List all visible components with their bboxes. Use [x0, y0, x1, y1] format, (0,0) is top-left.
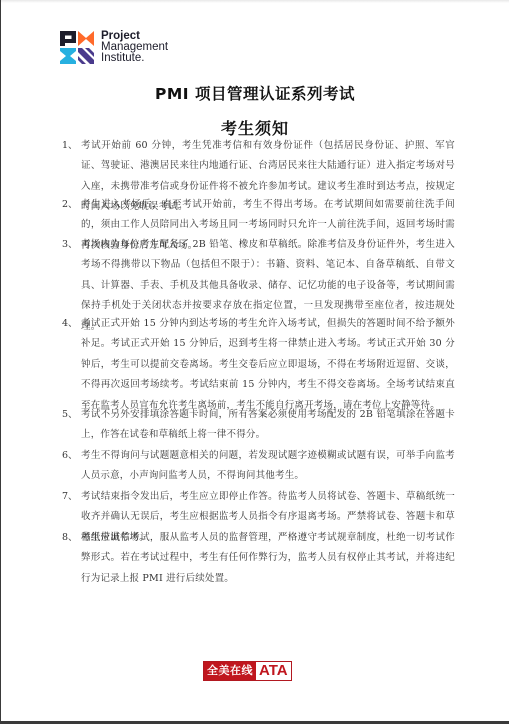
- ata-partner-logo: 全美在线 ATA: [203, 661, 292, 681]
- logo-line-institute: Institute.: [101, 53, 168, 64]
- rule-text: 考试正式开始 15 分钟内到达考场的考生允许入场考试，但损失的答题时间不给予额外…: [81, 314, 455, 416]
- pmi-logo-text: Project Management Institute.: [101, 31, 168, 64]
- rule-number: 2、: [62, 195, 78, 215]
- rule-number: 1、: [62, 136, 78, 156]
- logo-line-project: Project: [101, 31, 168, 42]
- rule-text: 考生应诚信考试，服从监考人员的监督管理，严格遵守考试规章制度，杜绝一切考试作弊形…: [81, 528, 455, 589]
- pmi-logo-icon: [59, 28, 97, 66]
- logo-line-management: Management: [101, 42, 168, 53]
- rule-number: 5、: [62, 405, 78, 425]
- rule-number: 8、: [62, 528, 78, 548]
- ata-logo-chinese: 全美在线: [204, 662, 256, 680]
- rule-item-6: 6、 考生不得询问与试题题意相关的问题，若发现试题字迹模糊或试题有误，可举手向监…: [62, 446, 455, 487]
- rule-item-8: 8、 考生应诚信考试，服从监考人员的监督管理，严格遵守考试规章制度，杜绝一切考试…: [62, 528, 455, 589]
- pmi-logo: Project Management Institute.: [59, 28, 168, 66]
- rule-text: 考生不得询问与试题题意相关的问题，若发现试题字迹模糊或试题有误，可举手向监考人员…: [81, 446, 455, 487]
- rule-text: 考试不另外安排填涂答题卡时间，所有答案必须使用考场配发的 2B 铅笔填涂在答题卡…: [81, 405, 455, 446]
- rule-number: 4、: [62, 314, 78, 334]
- rule-item-5: 5、 考试不另外安排填涂答题卡时间，所有答案必须使用考场配发的 2B 铅笔填涂在…: [62, 405, 455, 446]
- rule-number: 3、: [62, 235, 78, 255]
- page-top-edge: [1, 0, 509, 3]
- rule-number: 7、: [62, 487, 78, 507]
- rule-number: 6、: [62, 446, 78, 466]
- document-title: PMI 项目管理认证系列考试: [1, 82, 509, 104]
- document-page: Project Management Institute. PMI 项目管理认证…: [1, 0, 509, 721]
- rule-item-4: 4、 考试正式开始 15 分钟内到达考场的考生允许入场考试，但损失的答题时间不给…: [62, 314, 455, 416]
- ata-logo-english: ATA: [256, 662, 291, 680]
